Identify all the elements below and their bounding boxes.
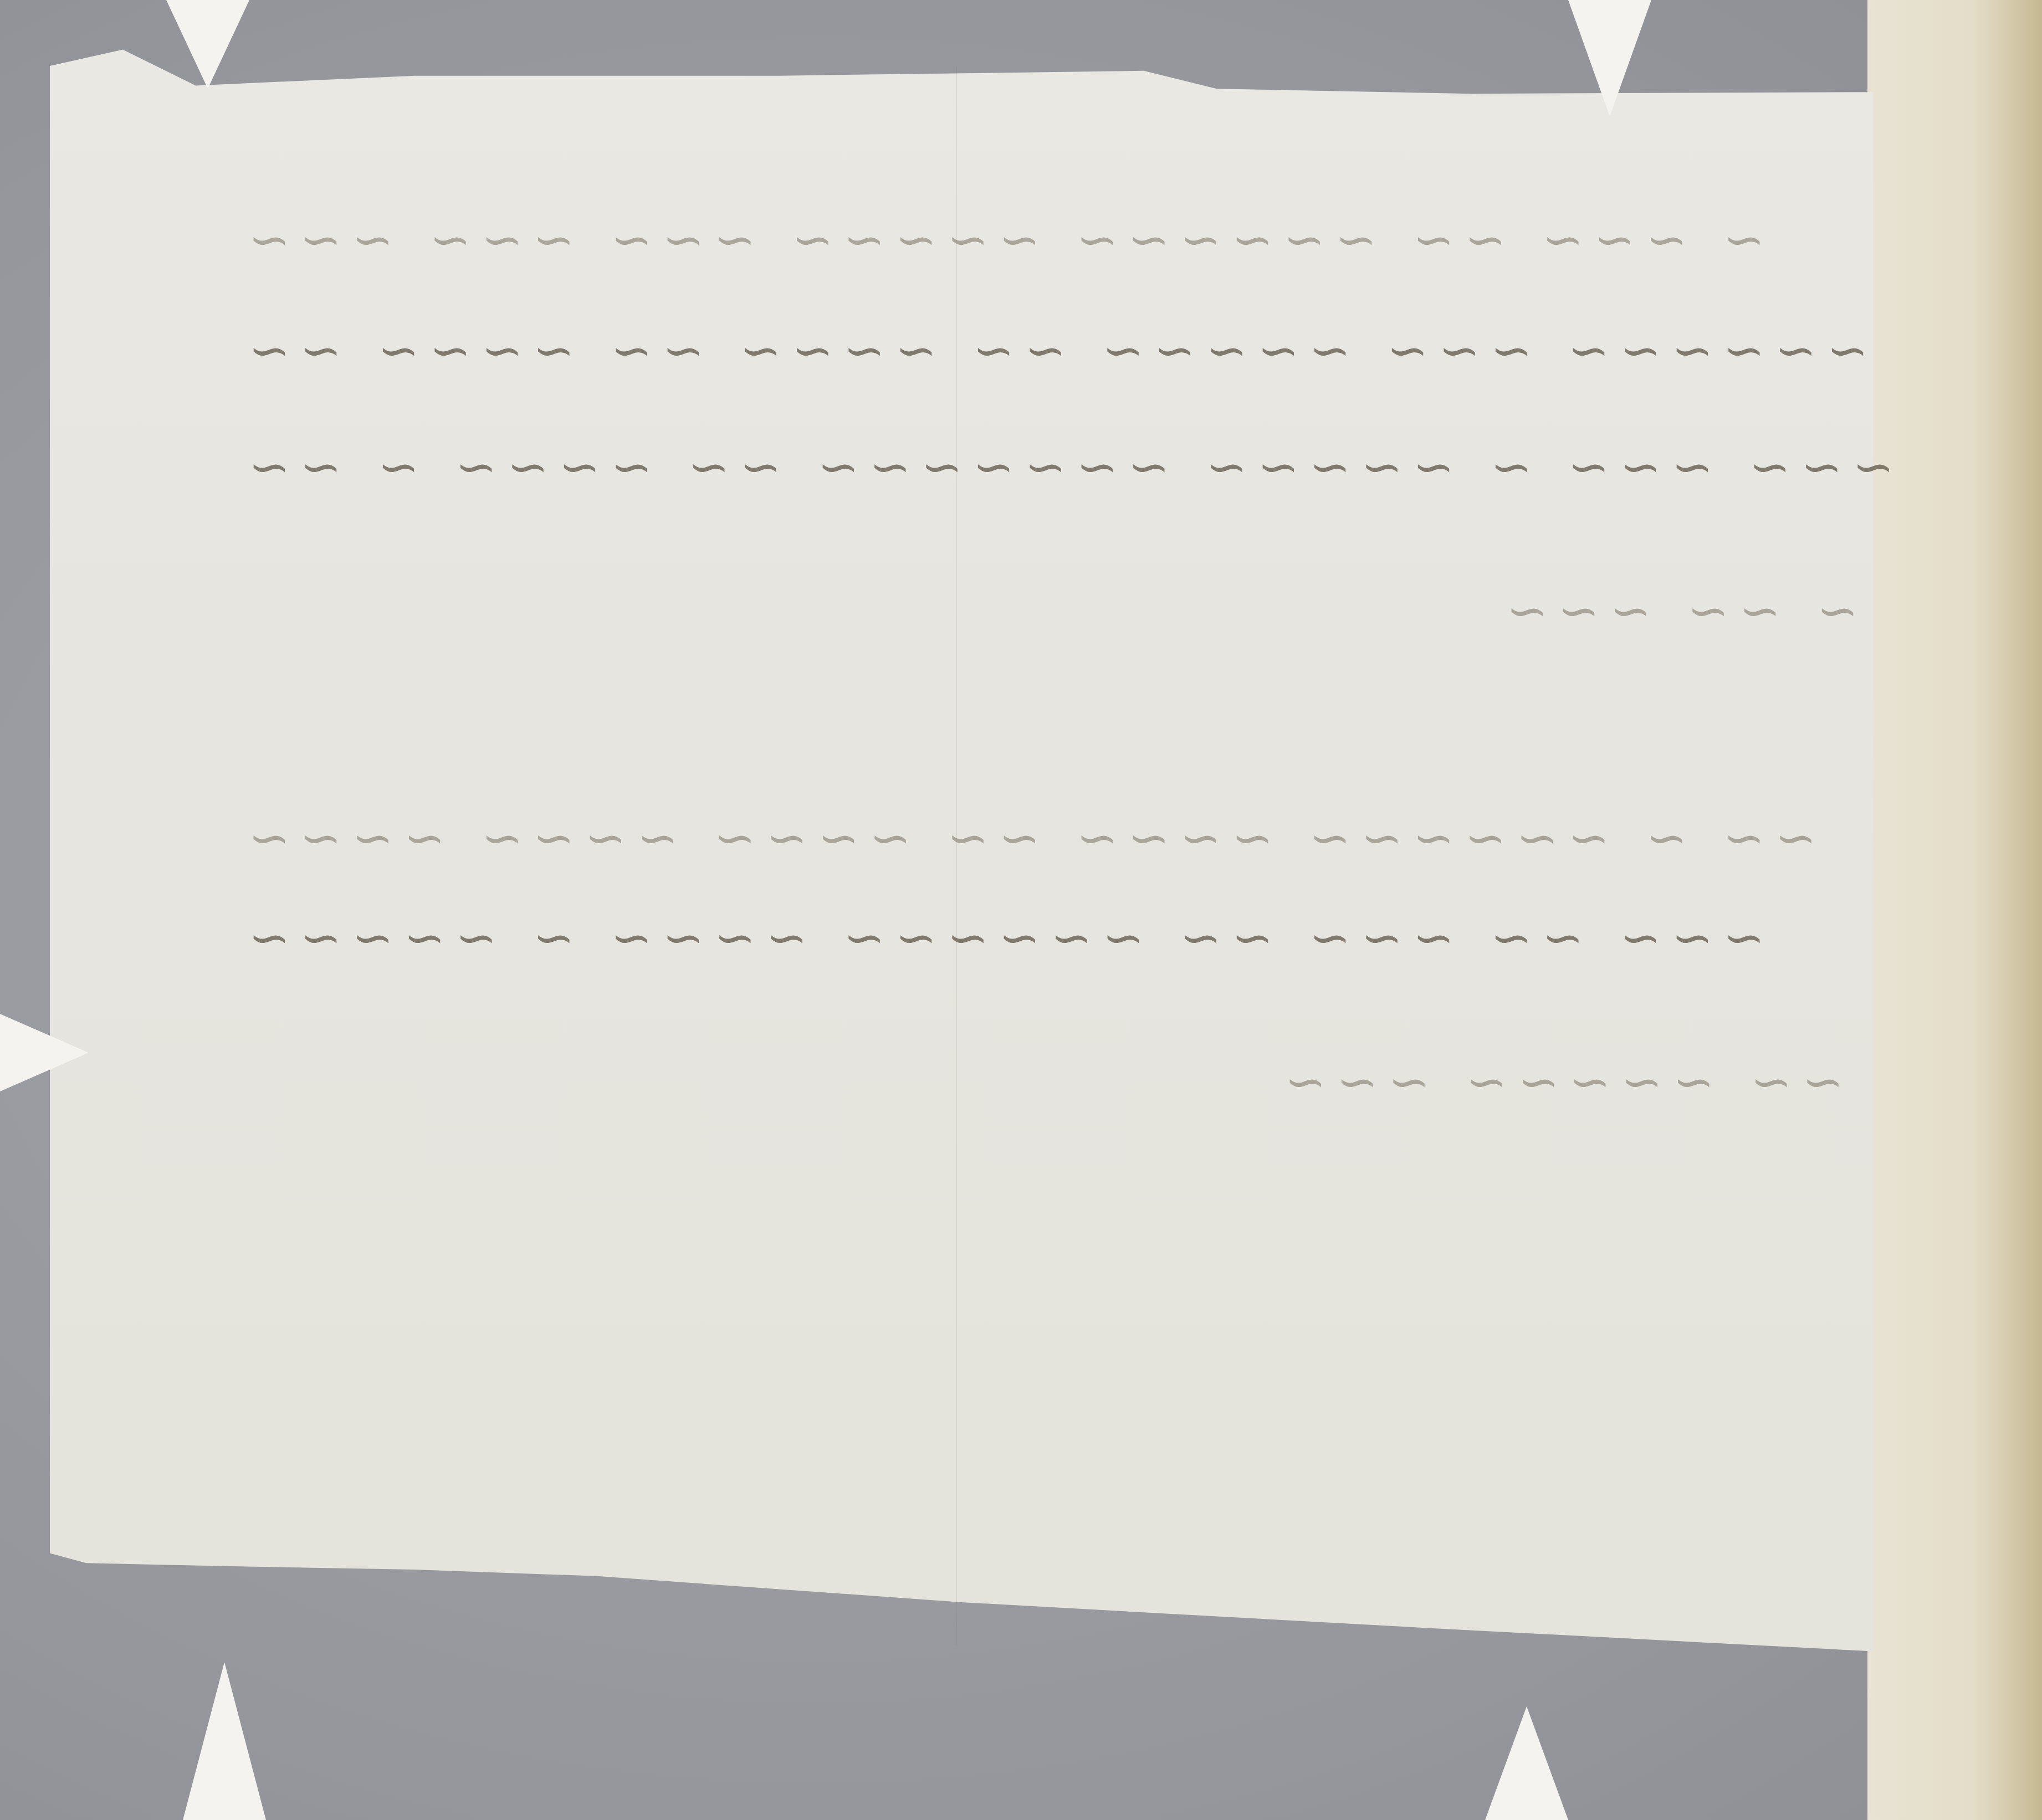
bleed-through-line: ~ ~~ ~~~ bbox=[1496, 582, 1859, 640]
bound-page-edge bbox=[1867, 0, 2042, 1820]
bleed-through-line: ~~~~~~ ~~~ ~~~~~ ~~ ~~~~ ~~ ~~~~ ~~ bbox=[238, 321, 1869, 380]
bleed-through-line: ~~ ~ ~~~~~~ ~~~~ ~~ ~~~~ ~~~~ ~~~~ bbox=[238, 809, 1816, 867]
bleed-through-line: ~ ~~~ ~~ ~~~~~~ ~~~~~ ~~~ ~~~ ~~~ bbox=[238, 211, 1765, 269]
bleed-through-line: ~~~ ~~~ ~ ~~~~~ ~~~~~~~ ~~ ~~~~ ~ ~~ bbox=[238, 438, 1894, 496]
bleed-through-line: ~~ ~~~~~ ~~~ bbox=[1275, 1053, 1844, 1111]
bleed-through-line: ~~~ ~~ ~~~ ~~ ~~~~~~ ~~~~ ~ ~~~~~ bbox=[238, 909, 1765, 967]
